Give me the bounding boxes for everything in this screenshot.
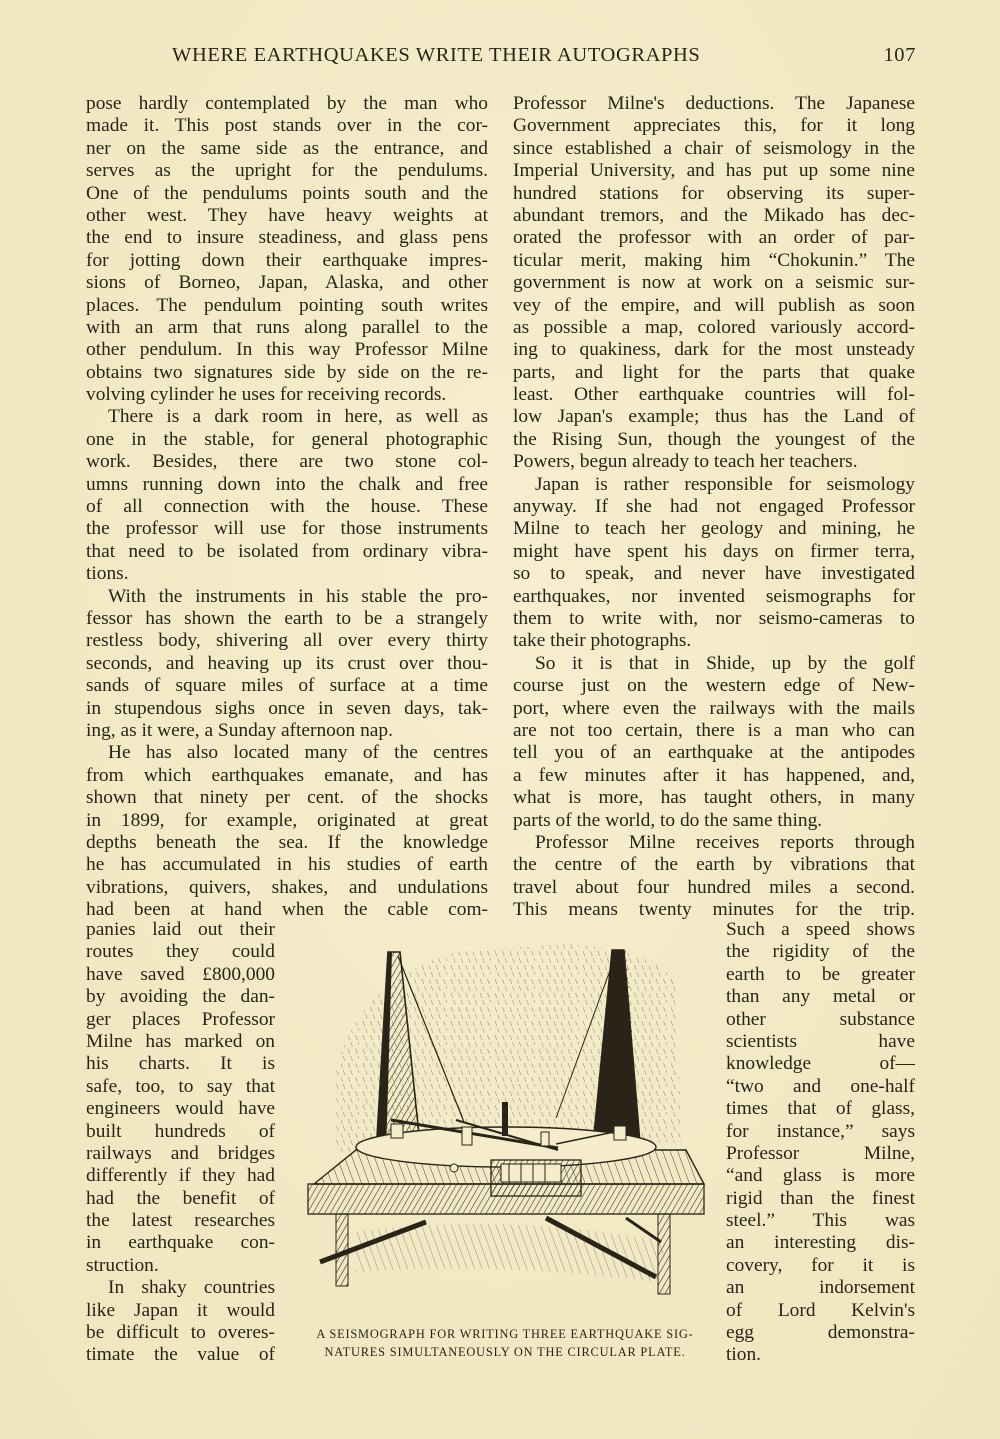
text-line: ticular merit, making him “Chokunin.” Th… <box>513 250 915 272</box>
text-line: parts, and light for the parts that quak… <box>513 362 915 384</box>
text-line: travel about four hundred miles a second… <box>513 877 915 899</box>
text-line: Such a speed shows <box>726 919 915 941</box>
text-line: for jotting down their earthquake impres… <box>86 250 488 272</box>
text-line: be difficult to overes- <box>86 1322 275 1344</box>
text-line: struction. <box>86 1255 275 1277</box>
text-line: are not too certain, there is a man who … <box>513 720 915 742</box>
text-line: of Lord Kelvin's <box>726 1300 915 1322</box>
text-line: routes they could <box>86 941 275 963</box>
text-line: ing to quakiness, dark for the most unst… <box>513 339 915 361</box>
text-line: the latest researches <box>86 1210 275 1232</box>
text-line: knowledge of— <box>726 1053 915 1075</box>
text-line: work. Besides, there are two stone col- <box>86 451 488 473</box>
text-line: Professor Milne's deductions. The Japane… <box>513 93 915 115</box>
text-line: port, where even the railways with the m… <box>513 698 915 720</box>
text-line: since established a chair of seismology … <box>513 138 915 160</box>
text-line: In shaky countries <box>86 1277 275 1299</box>
text-line: safe, too, to say that <box>86 1076 275 1098</box>
text-line: of all connection with the house. These <box>86 496 488 518</box>
text-line: anyway. If she had not engaged Professor <box>513 496 915 518</box>
text-line: vey of the empire, and will publish as s… <box>513 295 915 317</box>
text-line: sands of square miles of surface at a ti… <box>86 675 488 697</box>
page-number: 107 <box>883 44 916 67</box>
text-line: for instance,” says <box>726 1121 915 1143</box>
text-line: an interesting dis- <box>726 1232 915 1254</box>
text-line: his charts. It is <box>86 1053 275 1075</box>
text-line: have saved £800,000 <box>86 964 275 986</box>
text-line: other substance <box>726 1009 915 1031</box>
text-line: Imperial University, and has put up some… <box>513 160 915 182</box>
text-line: “and glass is more <box>726 1165 915 1187</box>
text-line: sions of Borneo, Japan, Alaska, and othe… <box>86 272 488 294</box>
text-line: than any metal or <box>726 986 915 1008</box>
text-line: obtains two signatures side by side on t… <box>86 362 488 384</box>
text-line: Milne has marked on <box>86 1031 275 1053</box>
text-line: ing, as it were, a Sunday afternoon nap. <box>86 720 488 742</box>
text-line: one in the stable, for general photograp… <box>86 429 488 451</box>
text-line: railways and bridges <box>86 1143 275 1165</box>
text-line: One of the pendulums points south and th… <box>86 183 488 205</box>
text-line: like Japan it would <box>86 1300 275 1322</box>
text-line: an indorsement <box>726 1277 915 1299</box>
text-line: panies laid out their <box>86 919 275 941</box>
text-line: tions. <box>86 563 488 585</box>
text-line: them to write with, nor seismo-cameras t… <box>513 608 915 630</box>
text-line: shown that ninety per cent. of the shock… <box>86 787 488 809</box>
text-line: might have spent his days on firmer terr… <box>513 541 915 563</box>
seismograph-illustration <box>296 922 716 1320</box>
text-line: in earthquake con- <box>86 1232 275 1254</box>
text-line: So it is that in Shide, up by the golf <box>513 653 915 675</box>
text-line: places. The pendulum pointing south writ… <box>86 295 488 317</box>
text-line: with an arm that runs along parallel to … <box>86 317 488 339</box>
text-line: tion. <box>726 1344 915 1366</box>
text-line: depths beneath the sea. If the knowledge <box>86 832 488 854</box>
text-line: hundred stations for observing its super… <box>513 183 915 205</box>
text-line: times that of glass, <box>726 1098 915 1120</box>
text-line: steel.” This was <box>726 1210 915 1232</box>
text-line: fessor has shown the earth to be a stran… <box>86 608 488 630</box>
caption-line-2: NATURES SIMULTANEOUSLY ON THE CIRCULAR P… <box>290 1343 720 1361</box>
text-line: timate the value of <box>86 1344 275 1366</box>
text-line: Professor Milne, <box>726 1143 915 1165</box>
text-line: engineers would have <box>86 1098 275 1120</box>
text-line: other pendulum. In this way Professor Mi… <box>86 339 488 361</box>
text-line: Japan is rather responsible for seismolo… <box>513 474 915 496</box>
text-line: made it. This post stands over in the co… <box>86 115 488 137</box>
seismograph-engraving-icon <box>296 922 716 1320</box>
text-line: parts of the world, to do the same thing… <box>513 810 915 832</box>
right-narrow-column: Such a speed showsthe rigidity of theear… <box>726 919 915 1367</box>
text-line: serves as the upright for the pendulums. <box>86 160 488 182</box>
text-line: ger places Professor <box>86 1009 275 1031</box>
text-line: Professor Milne receives reports through <box>513 832 915 854</box>
text-line: volving cylinder he uses for receiving r… <box>86 384 488 406</box>
text-line: umns running down into the chalk and fre… <box>86 474 488 496</box>
text-line: least. Other earthquake countries will f… <box>513 384 915 406</box>
text-line: by avoiding the dan- <box>86 986 275 1008</box>
text-line: egg demonstra- <box>726 1322 915 1344</box>
text-line: had the benefit of <box>86 1188 275 1210</box>
text-line: seconds, and heaving up its crust over t… <box>86 653 488 675</box>
text-line: what is more, has taught others, in many <box>513 787 915 809</box>
text-line: earthquakes, nor invented seismographs f… <box>513 586 915 608</box>
text-line: Powers, begun already to teach her teach… <box>513 451 915 473</box>
text-line: government is now at work on a seismic s… <box>513 272 915 294</box>
text-line: he has accumulated in his studies of ear… <box>86 854 488 876</box>
text-line: tell you of an earthquake at the antipod… <box>513 742 915 764</box>
text-line: the rigidity of the <box>726 941 915 963</box>
text-line: from which earthquakes emanate, and has <box>86 765 488 787</box>
text-line: take their photographs. <box>513 630 915 652</box>
text-line: orated the professor with an order of pa… <box>513 227 915 249</box>
text-line: rigid than the finest <box>726 1188 915 1210</box>
text-line: so to speak, and never have investigated <box>513 563 915 585</box>
text-line: differently if they had <box>86 1165 275 1187</box>
text-line: There is a dark room in here, as well as <box>86 406 488 428</box>
text-line: vibrations, quivers, shakes, and undulat… <box>86 877 488 899</box>
text-line: abundant tremors, and the Mikado has dec… <box>513 205 915 227</box>
text-line: that need to be isolated from ordinary v… <box>86 541 488 563</box>
right-column: Professor Milne's deductions. The Japane… <box>513 93 915 921</box>
text-line: course just on the western edge of New- <box>513 675 915 697</box>
left-column: pose hardly contemplated by the man whom… <box>86 93 488 921</box>
text-line: scientists have <box>726 1031 915 1053</box>
text-line: the end to insure steadiness, and glass … <box>86 227 488 249</box>
text-line: low Japan's example; thus has the Land o… <box>513 406 915 428</box>
text-line: With the instruments in his stable the p… <box>86 586 488 608</box>
caption-line-1: A SEISMOGRAPH FOR WRITING THREE EARTHQUA… <box>290 1325 720 1343</box>
text-line: Milne to teach her geology and mining, h… <box>513 518 915 540</box>
text-line: in stupendous sighs once in seven days, … <box>86 698 488 720</box>
text-line: in 1899, for example, originated at grea… <box>86 810 488 832</box>
text-line: a few minutes after it has happened, and… <box>513 765 915 787</box>
text-line: built hundreds of <box>86 1121 275 1143</box>
text-line: “two and one-half <box>726 1076 915 1098</box>
text-line: as possible a map, colored variously acc… <box>513 317 915 339</box>
text-line: earth to be greater <box>726 964 915 986</box>
running-header: WHERE EARTHQUAKES WRITE THEIR AUTOGRAPHS… <box>172 44 920 72</box>
text-line: the Rising Sun, though the youngest of t… <box>513 429 915 451</box>
running-title: WHERE EARTHQUAKES WRITE THEIR AUTOGRAPHS <box>172 44 700 67</box>
text-line: the centre of the earth by vibrations th… <box>513 854 915 876</box>
text-line: He has also located many of the centres <box>86 742 488 764</box>
text-line: ner on the same side as the entrance, an… <box>86 138 488 160</box>
figure-caption: A SEISMOGRAPH FOR WRITING THREE EARTHQUA… <box>290 1325 720 1361</box>
text-line: Government appreciates this, for it long <box>513 115 915 137</box>
text-line: other west. They have heavy weights at <box>86 205 488 227</box>
left-narrow-column: panies laid out theirroutes they couldha… <box>86 919 275 1367</box>
text-line: restless body, shivering all over every … <box>86 630 488 652</box>
text-line: pose hardly contemplated by the man who <box>86 93 488 115</box>
text-line: covery, for it is <box>726 1255 915 1277</box>
text-line: the professor will use for those instrum… <box>86 518 488 540</box>
